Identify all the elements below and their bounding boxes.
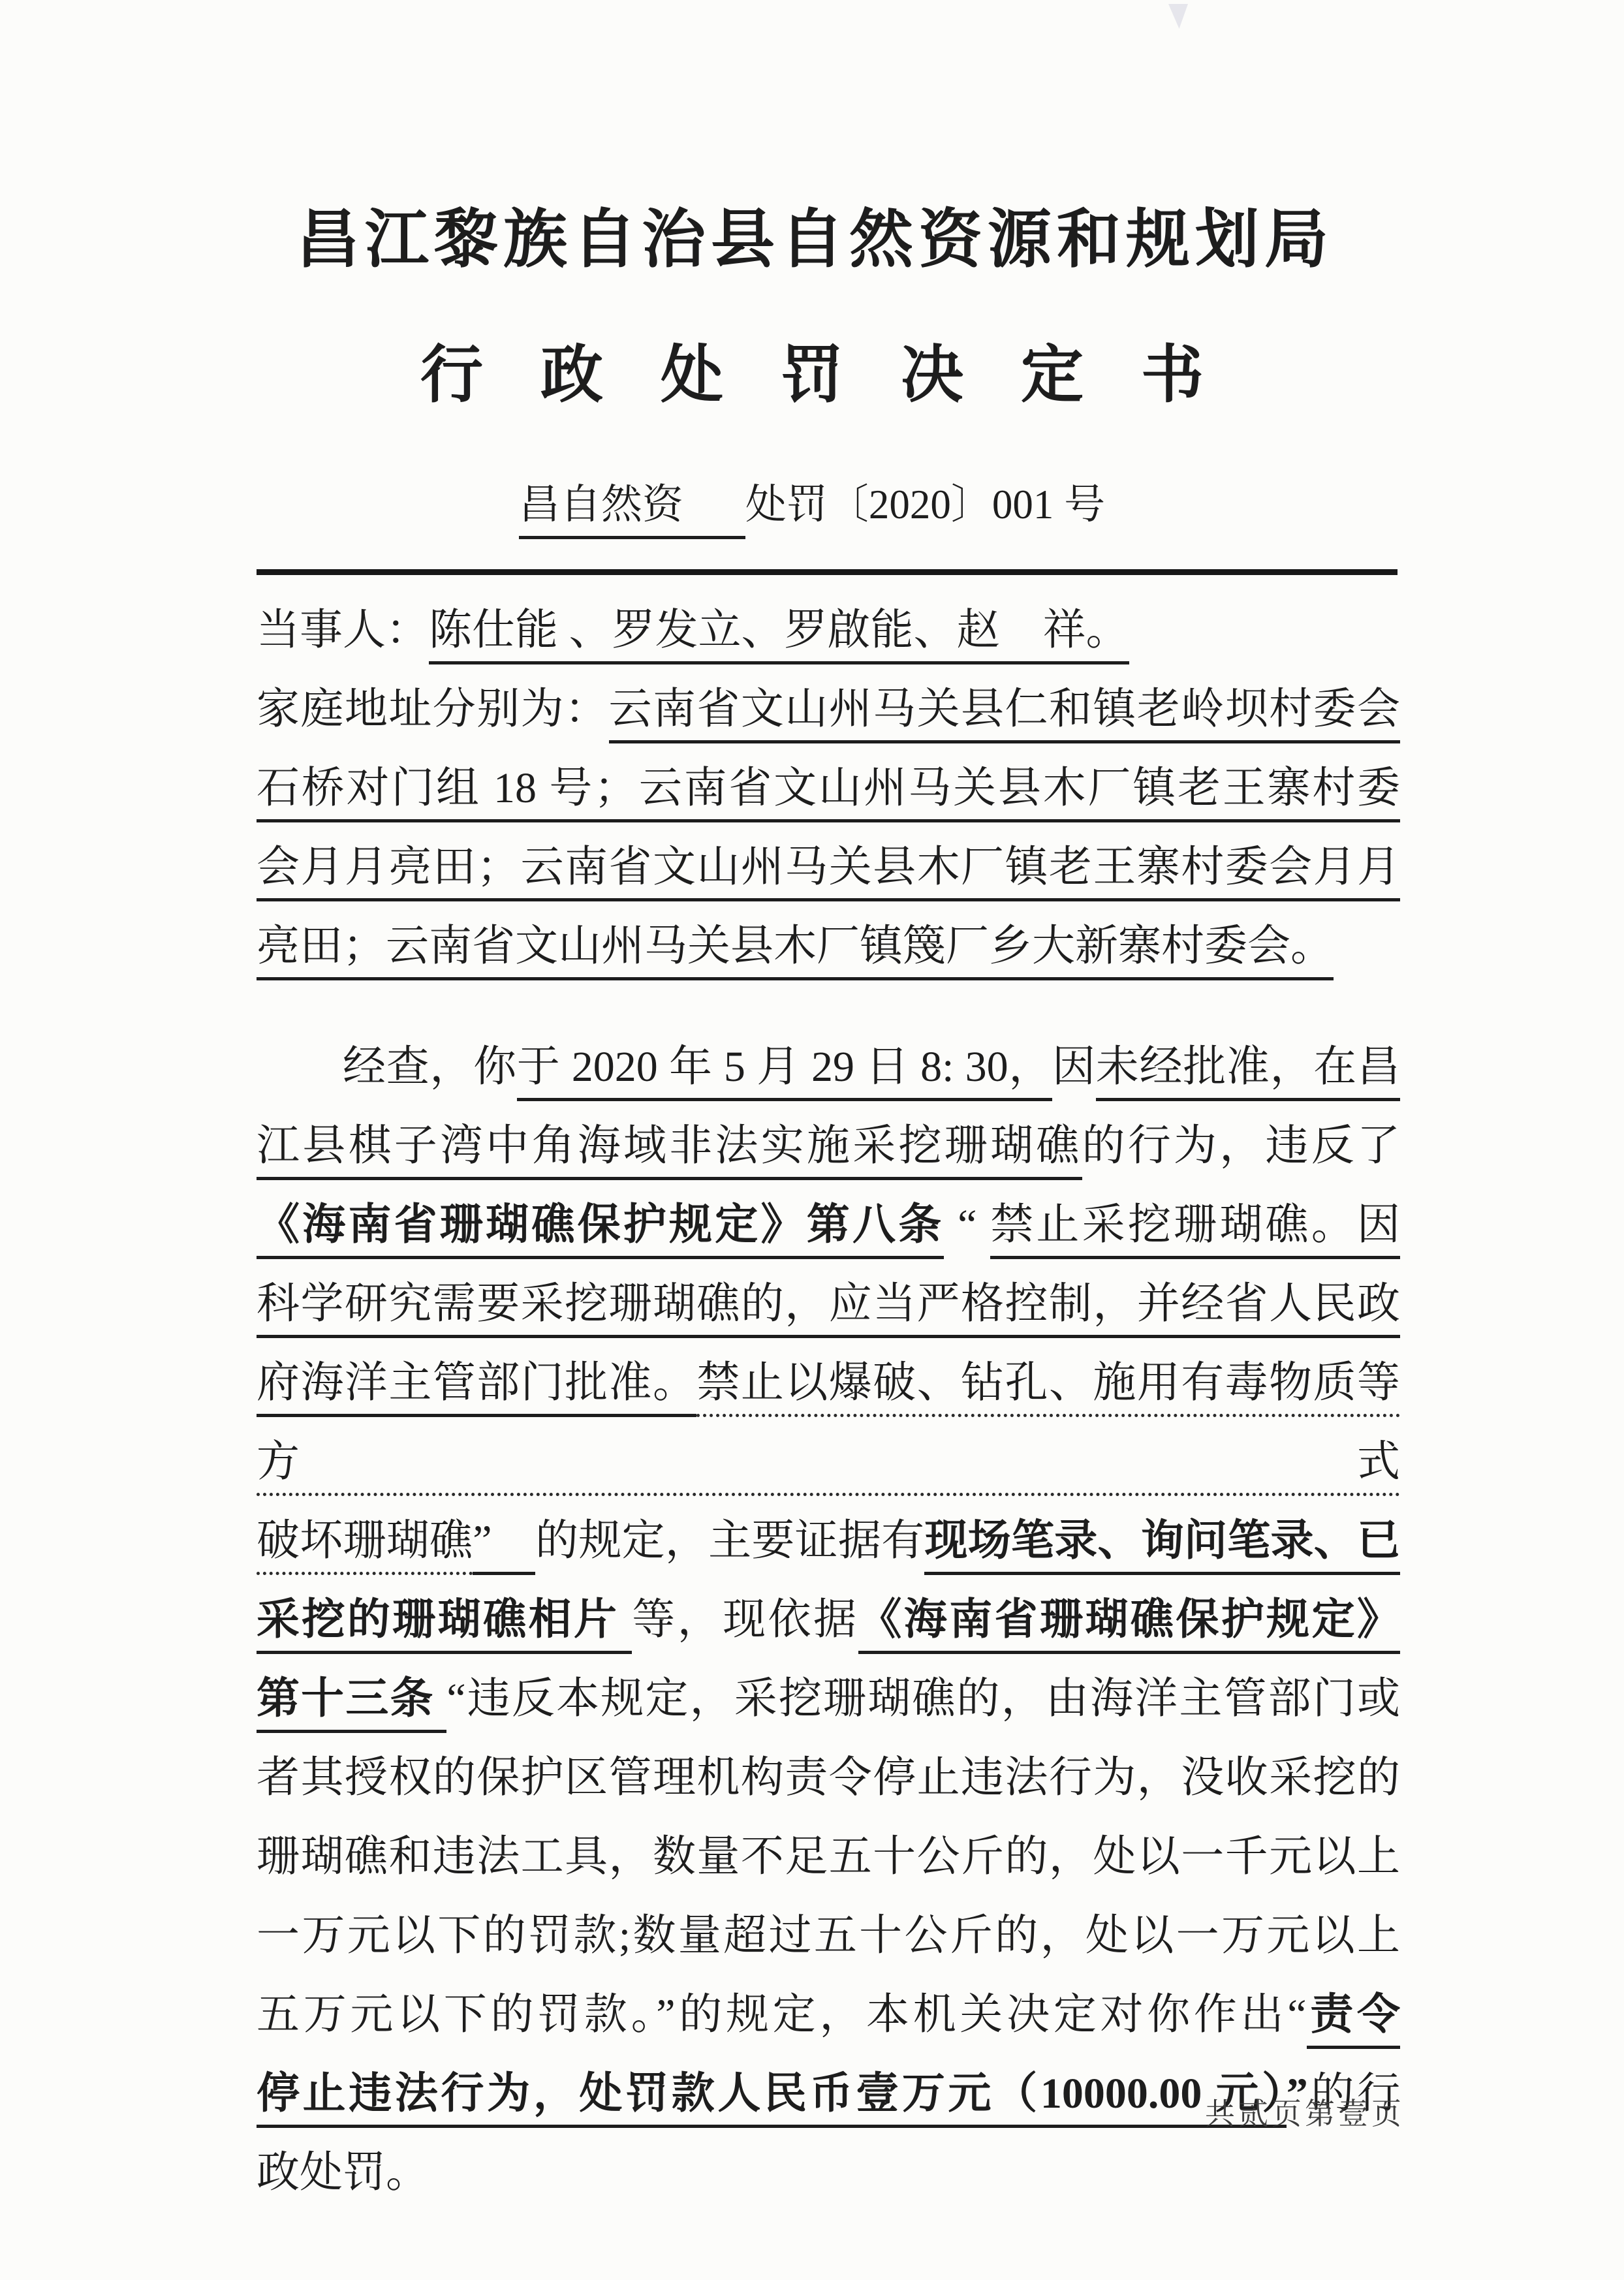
text-segment: 科学研究需要采挖珊瑚礁的，应当严格控制，并经省人民政 — [257, 1280, 1400, 1338]
body-line: 亮田；云南省文山州马关县木厂镇篾厂乡大新寨村委会。 — [257, 907, 1400, 986]
doc-number-issuer: 昌自然资 — [519, 482, 745, 539]
body-line: 府海洋主管部门批准。禁止以爆破、钻孔、施用有毒物质等方式 — [257, 1343, 1400, 1501]
text-segment: 云南省文山州马关县仁和镇老岭坝村委会 — [609, 685, 1400, 743]
text-segment: 未经批准，在昌 — [1096, 1043, 1400, 1101]
body-line: 第十三条 “违反本规定，采挖珊瑚礁的，由海洋主管部门或 — [257, 1659, 1400, 1738]
text-segment: 《海南省珊瑚礁保护规定》第八条 — [257, 1201, 944, 1259]
text-segment: 停止违法行为，处罚款人民币壹万元（10000.00 元） — [257, 2070, 1287, 2128]
body-line: 当事人：陈仕能 、罗发立、罗啟能、赵 祥。 — [257, 591, 1400, 670]
body-line: 采挖的珊瑚礁相片 等，现依据《海南省珊瑚礁保护规定》 — [257, 1580, 1400, 1659]
text-segment: ” — [473, 1517, 535, 1575]
text-segment: 一万元以下的罚款;数量超过五十公斤的，处以一万元以上 — [257, 1912, 1400, 1967]
text-segment: 石桥对门组 18 号；云南省文山州马关县木厂镇老王寨村委 — [257, 764, 1400, 822]
text-segment: 府海洋主管部门批准。 — [257, 1359, 696, 1417]
body-line: 科学研究需要采挖珊瑚礁的，应当严格控制，并经省人民政 — [257, 1264, 1400, 1343]
text-segment: 于 2020 年 5 月 29 日 8: 30， — [517, 1043, 1052, 1101]
text-segment: 亮田；云南省文山州马关县木厂镇篾厂乡大新寨村委会。 — [257, 922, 1334, 980]
org-title: 昌江黎族自治县自然资源和规划局 — [0, 188, 1624, 280]
text-segment: 陈仕能 、罗发立、罗啟能、赵 祥。 — [429, 606, 1129, 664]
document-body: 当事人：陈仕能 、罗发立、罗啟能、赵 祥。家庭地址分别为：云南省文山州马关县仁和… — [257, 591, 1400, 2212]
text-segment: 《海南省珊瑚礁保护规定》 — [858, 1596, 1400, 1654]
body-line: 珊瑚礁和违法工具，数量不足五十公斤的，处以一千元以上 — [257, 1817, 1400, 1896]
document-page: 昌江黎族自治县自然资源和规划局 行政处罚决定书 昌自然资处罚〔2020〕001 … — [0, 0, 1624, 2280]
text-segment: “违反本规定，采挖珊瑚礁的，由海洋主管部门或 — [446, 1675, 1400, 1730]
text-segment: 当事人： — [257, 606, 429, 661]
text-segment: 经查，你 — [343, 1043, 517, 1098]
text-segment: 五万元以下的罚款。”的规定，本机关决定对你作出“ — [257, 1991, 1307, 2046]
body-line: 江县棋子湾中角海域非法实施采挖珊瑚礁的行为，违反了 — [257, 1106, 1400, 1185]
text-segment: 政处罚。 — [257, 2149, 429, 2204]
body-line: 破坏珊瑚礁” 的规定，主要证据有现场笔录、询问笔录、已 — [257, 1501, 1400, 1580]
paragraph: 经查，你于 2020 年 5 月 29 日 8: 30，因未经批准，在昌江县棋子… — [257, 1027, 1400, 2212]
doc-number: 昌自然资处罚〔2020〕001 号 — [0, 471, 1624, 531]
text-segment: 会月月亮田；云南省文山州马关县木厂镇老王寨村委会月月 — [257, 843, 1400, 901]
scan-artifact — [1168, 4, 1188, 29]
text-segment: 因 — [1052, 1043, 1096, 1098]
text-segment: 禁止采挖珊瑚礁。因 — [990, 1201, 1400, 1259]
text-segment: 现场笔录、询问笔录、已 — [924, 1517, 1400, 1575]
body-line: 政处罚。 — [257, 2133, 1400, 2212]
body-line: 经查，你于 2020 年 5 月 29 日 8: 30，因未经批准，在昌 — [257, 1027, 1400, 1106]
text-segment: 的规定，主要证据有 — [535, 1517, 924, 1572]
text-segment: 者其授权的保护区管理机构责令停止违法行为，没收采挖的 — [257, 1754, 1400, 1809]
text-segment: 珊瑚礁和违法工具，数量不足五十公斤的，处以一千元以上 — [257, 1833, 1400, 1888]
text-segment: 破坏珊瑚礁 — [257, 1517, 473, 1575]
header-rule — [257, 569, 1398, 575]
body-line: 《海南省珊瑚礁保护规定》第八条 “ 禁止采挖珊瑚礁。因 — [257, 1185, 1400, 1264]
body-line: 五万元以下的罚款。”的规定，本机关决定对你作出“责令 — [257, 1975, 1400, 2054]
text-segment: “ — [944, 1201, 990, 1256]
text-segment: 江县棋子湾中角海域非法实施采挖珊瑚礁 — [257, 1122, 1082, 1180]
body-line: 者其授权的保护区管理机构责令停止违法行为，没收采挖的 — [257, 1738, 1400, 1817]
text-segment: 家庭地址分别为： — [257, 685, 609, 740]
doc-type-title: 行政处罚决定书 — [0, 325, 1624, 414]
body-line: 一万元以下的罚款;数量超过五十公斤的，处以一万元以上 — [257, 1896, 1400, 1975]
page-footer: 共贰页第壹页 — [1205, 2090, 1405, 2133]
body-line: 石桥对门组 18 号；云南省文山州马关县木厂镇老王寨村委 — [257, 749, 1400, 828]
text-segment: 的行为，违反了 — [1082, 1122, 1401, 1177]
body-line: 家庭地址分别为：云南省文山州马关县仁和镇老岭坝村委会 — [257, 670, 1400, 749]
text-segment: 责令 — [1307, 1991, 1400, 2049]
text-segment: 采挖的珊瑚礁相片 — [257, 1596, 632, 1654]
text-segment: 第十三条 — [257, 1675, 446, 1733]
doc-number-serial: 处罚〔2020〕001 号 — [745, 482, 1105, 527]
paragraph: 当事人：陈仕能 、罗发立、罗啟能、赵 祥。家庭地址分别为：云南省文山州马关县仁和… — [257, 591, 1400, 986]
text-segment: 等，现依据 — [632, 1596, 858, 1651]
body-line: 会月月亮田；云南省文山州马关县木厂镇老王寨村委会月月 — [257, 828, 1400, 907]
